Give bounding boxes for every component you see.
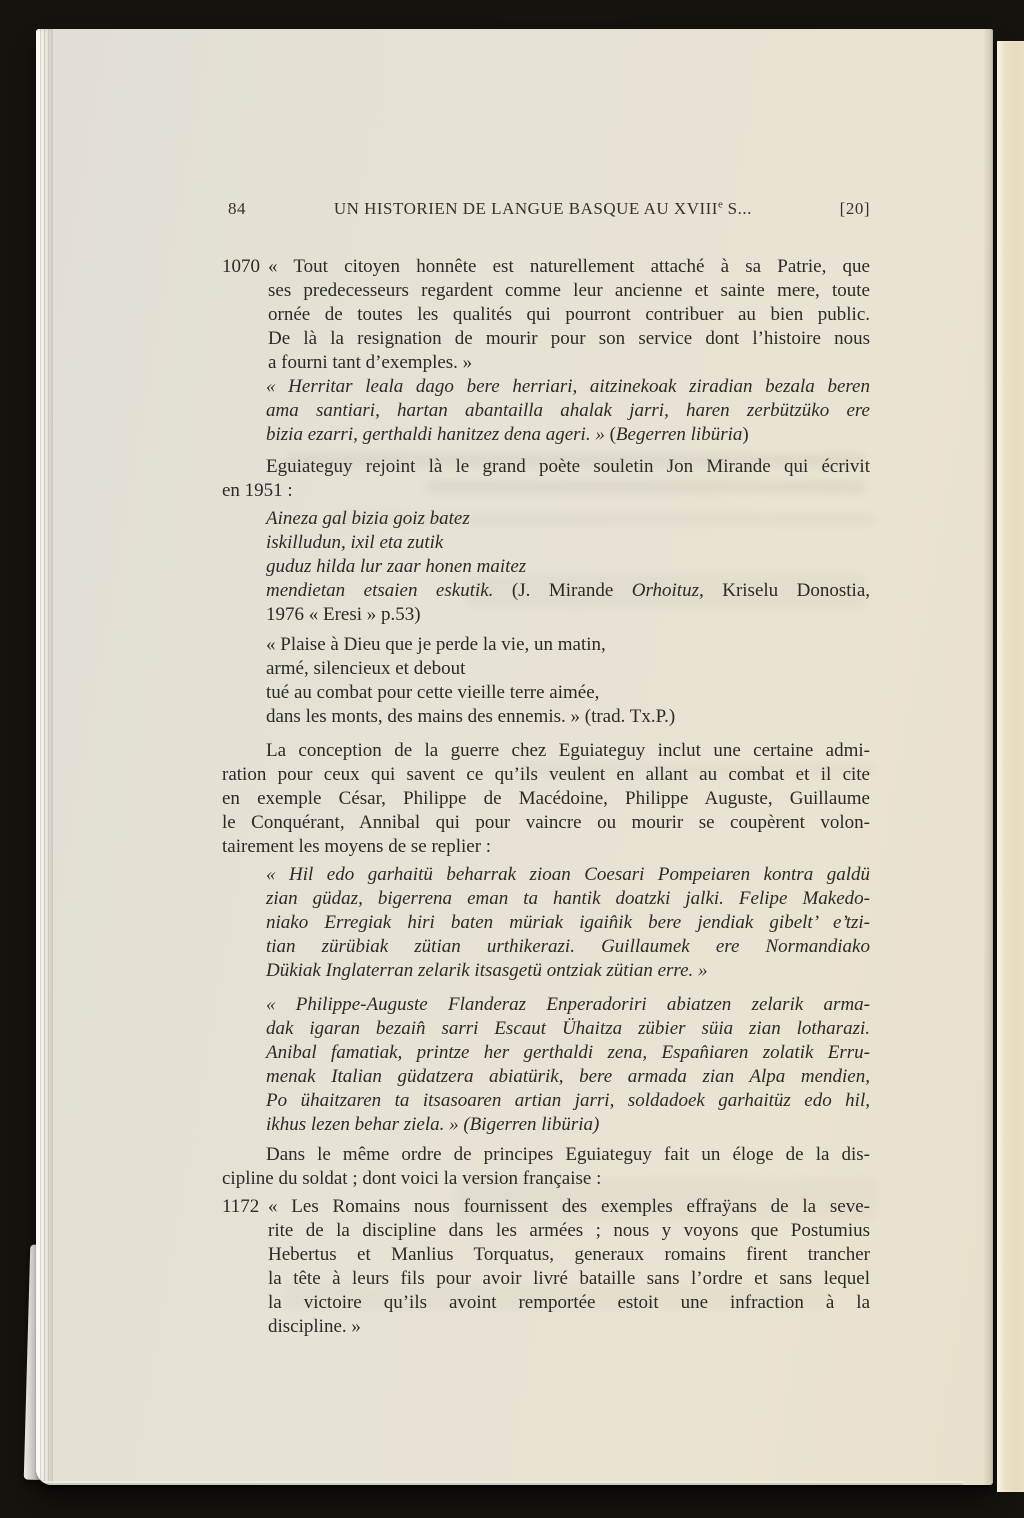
next-page-strip (997, 41, 1024, 1492)
page-edge-stack-bottom (42, 1477, 963, 1485)
text-line: Dükiak Inglaterran zelarik itsasgetü ont… (266, 959, 870, 983)
numbered-quote-1070: 1070 « Tout citoyen honnête est naturell… (222, 255, 870, 375)
running-title: UN HISTORIEN DE LANGUE BASQUE AU XVIIIe … (246, 199, 840, 219)
line-segment-italic: bizia ezarri, gerthaldi hanitzez dena ag… (266, 424, 610, 445)
text-line: Dans le même ordre de principes Eguiateg… (222, 1143, 870, 1167)
line-segment: ) (742, 424, 748, 445)
poem-line: iskilludun, ixil eta zutik (266, 531, 870, 555)
text-line: De là la resignation de mourir pour son … (268, 327, 870, 351)
poem-line: guduz hilda lur zaar honen maitez (266, 555, 870, 579)
text-line: menak Italian güdatzera abiatürik, bere … (266, 1065, 870, 1089)
paragraph-mirande: Eguiateguy rejoint là le grand poète sou… (222, 455, 870, 503)
poem-line: Aineza gal bizia goiz batez (266, 507, 870, 531)
text-line: « Les Romains nous fournissent des exemp… (268, 1195, 870, 1219)
text-line: ama santiari, hartan abantailla ahalak j… (266, 399, 870, 423)
work-title: Orhoituz, (632, 580, 704, 601)
text-line: Po ühaitzaren ta itsasoaren artian jarri… (266, 1089, 870, 1113)
text-line: Hebertus et Manlius Torquatus, generaux … (268, 1243, 870, 1267)
text-line: dak igaran bezain̂ sarri Escaut Ühaitza … (266, 1017, 870, 1041)
text-line: ration pour ceux qui savent ce qu’ils ve… (222, 763, 870, 787)
text-line: a fourni tant d’exemples. » (268, 351, 870, 375)
text-line: bizia ezarri, gerthaldi hanitzez dena ag… (266, 423, 870, 447)
text-line: discipline. » (268, 1315, 870, 1339)
text-line: ornée de toutes les qualités qui pourron… (268, 303, 870, 327)
basque-quote-hil-edo: « Hil edo garhaitü beharrak zioan Coesar… (266, 863, 870, 983)
text-line: tian zürübiak zütian urthikerazi. Guilla… (266, 935, 870, 959)
text-line: « Herritar leala dago bere herriari, ait… (266, 375, 870, 399)
line-segment: (J. Mirande (493, 580, 631, 601)
basque-quote-herritar: « Herritar leala dago bere herriari, ait… (266, 375, 870, 447)
text-line: la tête à leurs fils pour avoir livré ba… (268, 1267, 870, 1291)
text-line: la victoire qu’ils avoint remportée esto… (268, 1291, 870, 1315)
text-line: tué au combat pour cette vieille terre a… (266, 681, 870, 705)
quote-number: 1172 (222, 1195, 259, 1219)
text-line: en exemple César, Philippe de Macédoine,… (222, 787, 870, 811)
book-page: 84 UN HISTORIEN DE LANGUE BASQUE AU XVII… (36, 29, 993, 1485)
paragraph-discipline: Dans le même ordre de principes Eguiateg… (222, 1143, 870, 1191)
numbered-quote-1172: 1172 « Les Romains nous fournissent des … (222, 1195, 870, 1339)
page-number: 84 (222, 199, 246, 219)
poem-line: 1976 « Eresi » p.53) (266, 603, 870, 627)
text-line: tairement les moyens de se replier : (222, 835, 870, 859)
line-segment-italic: mendietan etsaien eskutik. (266, 580, 493, 601)
text-line: « Plaise à Dieu que je perde la vie, un … (266, 633, 870, 657)
text-line: Eguiateguy rejoint là le grand poète sou… (222, 455, 870, 479)
poem-mirande: Aineza gal bizia goiz batez iskilludun, … (266, 507, 870, 627)
text-line: Anibal famatiak, printze her gerthaldi z… (266, 1041, 870, 1065)
text-line: le Conquérant, Annibal qui pour vaincre … (222, 811, 870, 835)
quote-number: 1070 (222, 255, 260, 279)
text-line: armé, silencieux et debout (266, 657, 870, 681)
text-line: niako Erregiak hiri baten müriak igain̂i… (266, 911, 870, 935)
poem-translation: « Plaise à Dieu que je perde la vie, un … (266, 633, 870, 729)
text-line: cipline du soldat ; dont voici la versio… (222, 1167, 870, 1191)
work-title: Begerren libüria (616, 424, 742, 445)
text-line: en 1951 : (222, 479, 870, 503)
column-reference: [20] (840, 199, 870, 219)
text-line: dans les monts, des mains des ennemis. »… (266, 705, 870, 729)
running-header: 84 UN HISTORIEN DE LANGUE BASQUE AU XVII… (222, 199, 870, 219)
text-line: « Hil edo garhaitü beharrak zioan Coesar… (266, 863, 870, 887)
page-text-block: 84 UN HISTORIEN DE LANGUE BASQUE AU XVII… (222, 199, 870, 1339)
text-line: « Tout citoyen honnête est naturellement… (268, 255, 870, 279)
running-title-main: UN HISTORIEN DE LANGUE BASQUE AU XVIII (334, 199, 718, 218)
line-segment: Kriselu Donostia, (704, 580, 870, 601)
poem-line: mendietan etsaien eskutik. (J. Mirande O… (266, 579, 870, 603)
running-title-tail: S... (723, 199, 752, 218)
paragraph-guerre: La conception de la guerre chez Eguiateg… (222, 739, 870, 859)
text-line: ses predecesseurs regardent comme leur a… (268, 279, 870, 303)
text-line: rite de la discipline dans les armées ; … (268, 1219, 870, 1243)
text-line: « Philippe-Auguste Flanderaz Enperadorir… (266, 993, 870, 1017)
text-line: ikhus lezen behar ziela. » (Bigerren lib… (266, 1113, 870, 1137)
text-line: zian güdaz, bigerrena eman ta hantik doa… (266, 887, 870, 911)
basque-quote-philippe-auguste: « Philippe-Auguste Flanderaz Enperadorir… (266, 993, 870, 1137)
text-line: La conception de la guerre chez Eguiateg… (222, 739, 870, 763)
page-edge-stack-left (36, 29, 53, 1485)
